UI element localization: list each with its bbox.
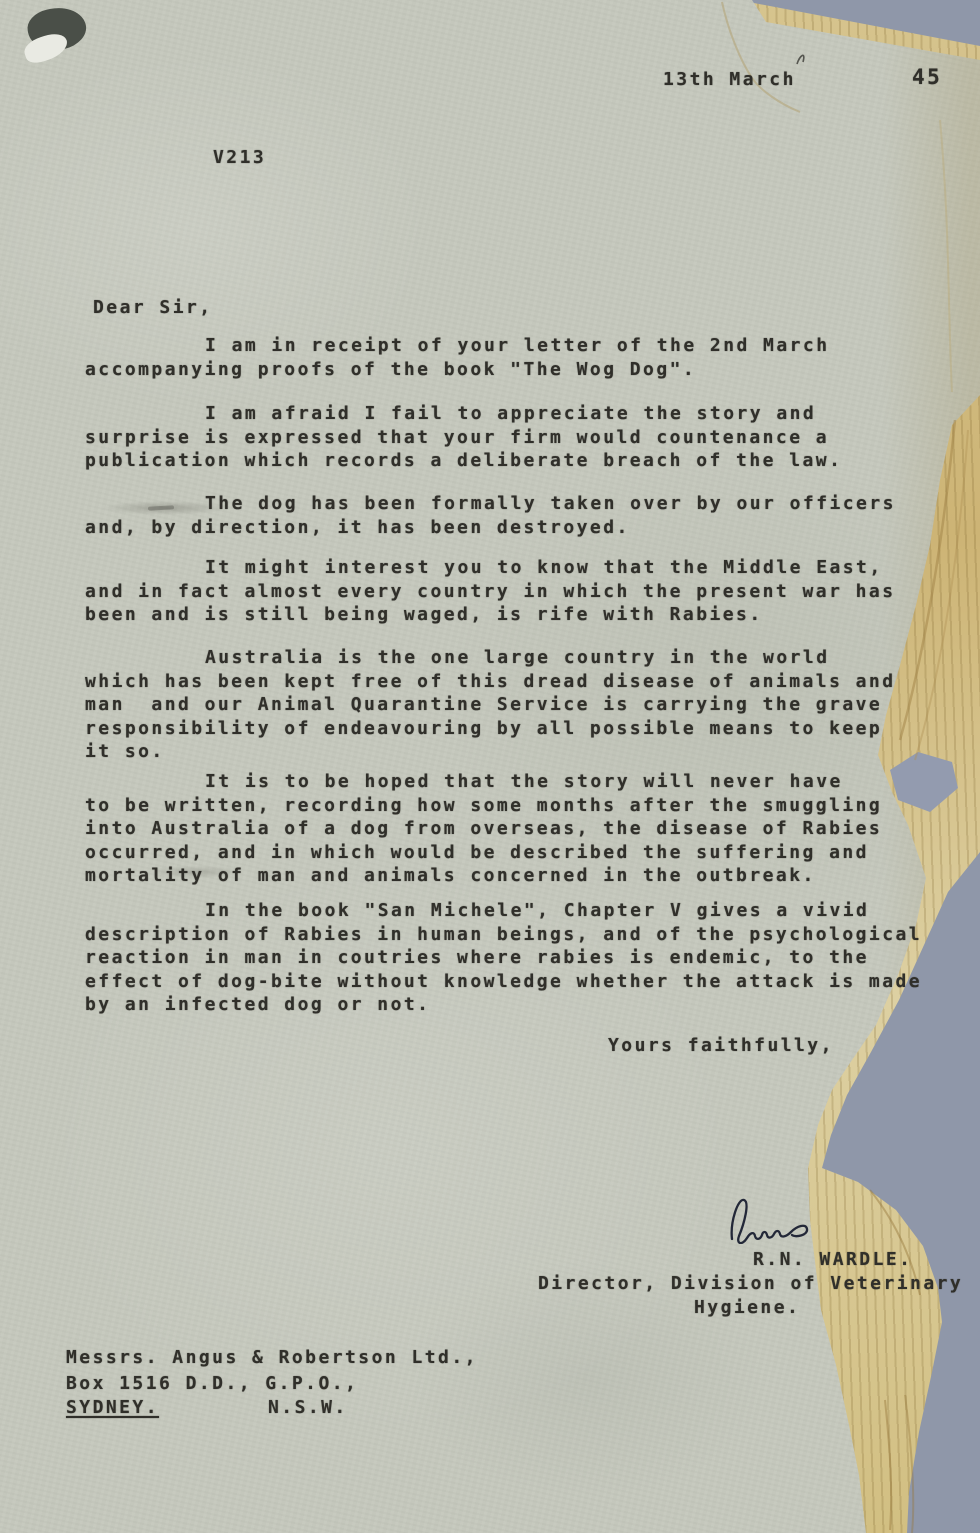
letter-paragraph-3: The dog has been formally taken over by … [85, 492, 937, 539]
recipient-address: Box 1516 D.D., G.P.O., [66, 1372, 358, 1396]
page-number: 45 [912, 66, 942, 90]
signatory-title-line2: Hygiene. [694, 1296, 800, 1320]
signatory-title-line1: Director, Division of Veterinary [538, 1272, 963, 1296]
letter-paragraph-6: It is to be hoped that the story will ne… [85, 770, 937, 888]
recipient-city: SYDNEY. [66, 1396, 159, 1420]
closing: Yours faithfully, [608, 1034, 834, 1058]
letter-paragraph-5: Australia is the one large country in th… [85, 646, 937, 764]
recipient-name: Messrs. Angus & Robertson Ltd., [66, 1346, 478, 1370]
letter-paragraph-2: I am afraid I fail to appreciate the sto… [85, 402, 937, 473]
letter-date: 13th March [663, 68, 796, 92]
letter-paragraph-7: In the book "San Michele", Chapter V giv… [85, 899, 937, 1017]
letter-content: 13th March 45 V213 Dear Sir, I am in rec… [0, 0, 980, 1533]
handwritten-signature [722, 1192, 814, 1244]
letter-paragraph-1: I am in receipt of your letter of the 2n… [85, 334, 937, 381]
salutation: Dear Sir, [93, 296, 213, 320]
recipient-state: N.S.W. [268, 1396, 348, 1420]
signatory-name: R.N. WARDLE. [753, 1248, 912, 1272]
letter-paragraph-4: It might interest you to know that the M… [85, 556, 937, 627]
reference-number: V213 [213, 146, 266, 170]
